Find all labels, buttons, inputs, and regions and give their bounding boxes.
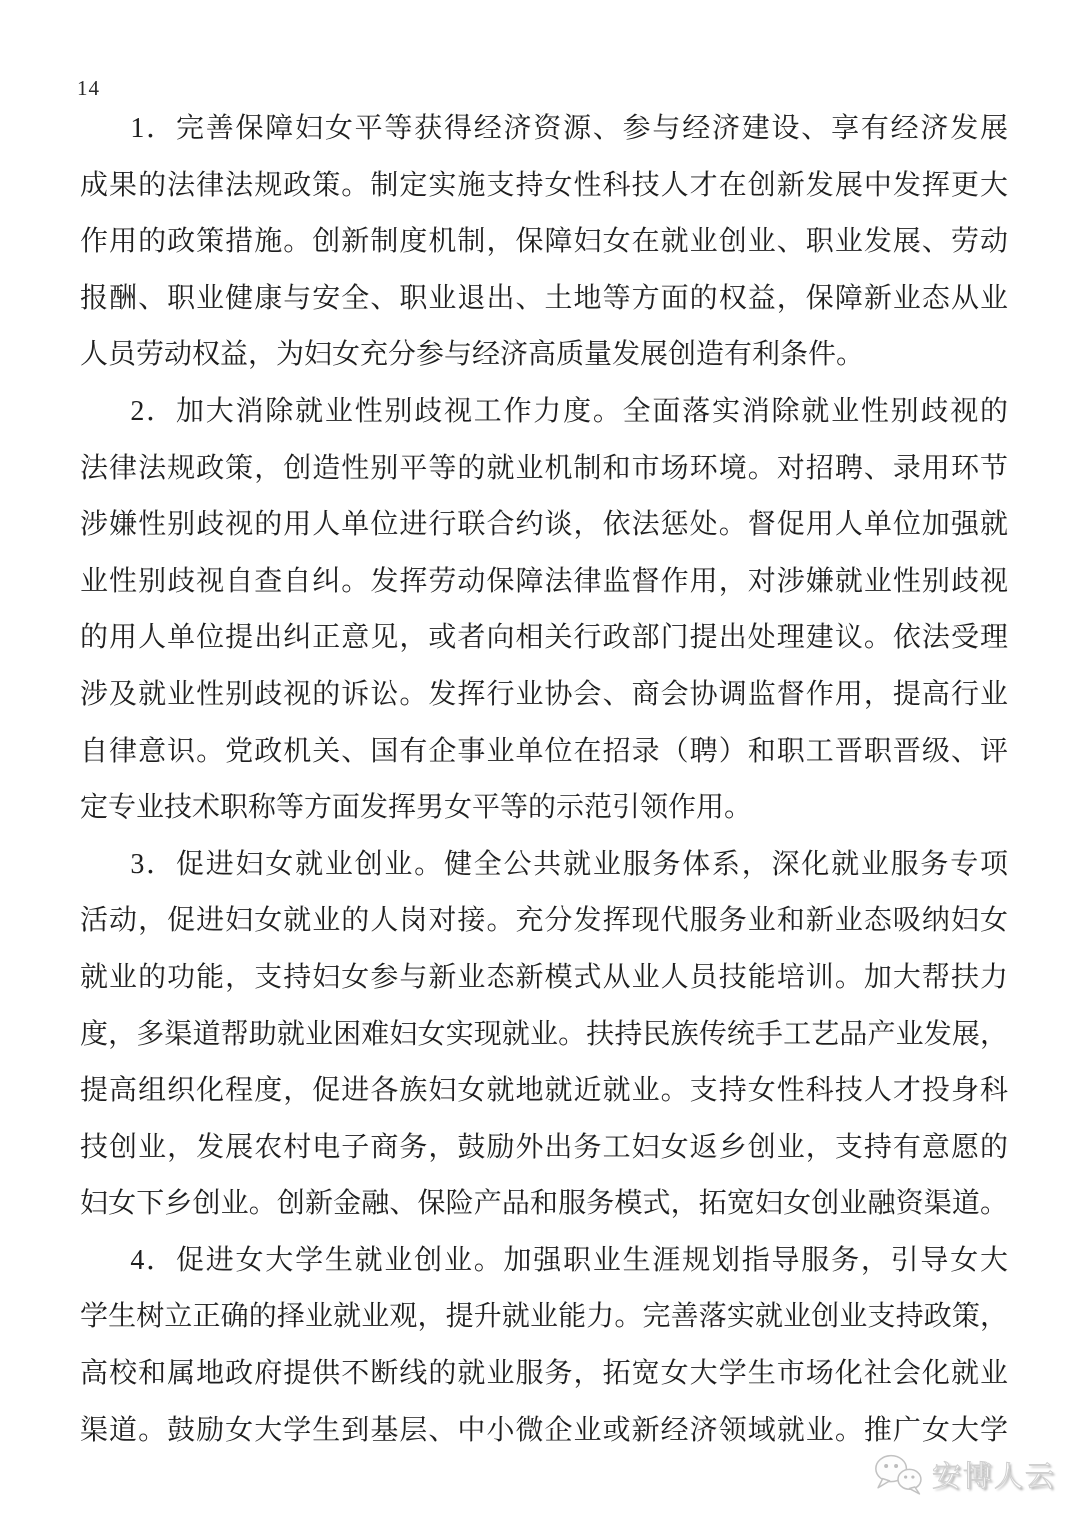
watermark: 安博人云 xyxy=(872,1452,1056,1496)
text-line: 自律意识。党政机关、国有企事业单位在招录（聘）和职工晋职晋级、评 xyxy=(80,724,1008,781)
paragraph-1: 1．完善保障妇女平等获得经济资源、参与经济建设、享有经济发展 成果的法律法规政策… xyxy=(80,101,1008,384)
text-line: 妇女下乡创业。创新金融、保险产品和服务模式，拓宽妇女创业融资渠道。 xyxy=(80,1176,1008,1233)
page-number: 14 xyxy=(77,76,100,101)
paragraph-2: 2．加大消除就业性别歧视工作力度。全面落实消除就业性别歧视的 法律法规政策，创造… xyxy=(80,384,1008,837)
watermark-label: 安博人云 xyxy=(932,1454,1056,1495)
text-line: 人员劳动权益，为妇女充分参与经济高质量发展创造有利条件。 xyxy=(80,327,1008,384)
paragraph-3: 3．促进妇女就业创业。健全公共就业服务体系，深化就业服务专项 活动，促进妇女就业… xyxy=(80,837,1008,1233)
document-body: 1．完善保障妇女平等获得经济资源、参与经济建设、享有经济发展 成果的法律法规政策… xyxy=(80,101,1008,1459)
text-line: 就业的功能，支持妇女参与新业态新模式从业人员技能培训。加大帮扶力 xyxy=(80,950,1008,1007)
text-line: 涉嫌性别歧视的用人单位进行联合约谈，依法惩处。督促用人单位加强就 xyxy=(80,497,1008,554)
text-line: 2．加大消除就业性别歧视工作力度。全面落实消除就业性别歧视的 xyxy=(80,384,1008,441)
text-line: 的用人单位提出纠正意见，或者向相关行政部门提出处理建议。依法受理 xyxy=(80,610,1008,667)
text-line: 渠道。鼓励女大学生到基层、中小微企业或新经济领域就业。推广女大学 xyxy=(80,1403,1008,1460)
text-line: 提高组织化程度，促进各族妇女就地就近就业。支持女性科技人才投身科 xyxy=(80,1063,1008,1120)
text-line: 技创业，发展农村电子商务，鼓励外出务工妇女返乡创业，支持有意愿的 xyxy=(80,1120,1008,1177)
paragraph-4: 4．促进女大学生就业创业。加强职业生涯规划指导服务，引导女大 学生树立正确的择业… xyxy=(80,1233,1008,1459)
text-line: 涉及就业性别歧视的诉讼。发挥行业协会、商会协调监督作用，提高行业 xyxy=(80,667,1008,724)
text-line: 作用的政策措施。创新制度机制，保障妇女在就业创业、职业发展、劳动 xyxy=(80,214,1008,271)
text-line: 活动，促进妇女就业的人岗对接。充分发挥现代服务业和新业态吸纳妇女 xyxy=(80,893,1008,950)
wechat-icon xyxy=(872,1452,924,1496)
text-line: 法律法规政策，创造性别平等的就业机制和市场环境。对招聘、录用环节 xyxy=(80,441,1008,498)
text-line: 4．促进女大学生就业创业。加强职业生涯规划指导服务，引导女大 xyxy=(80,1233,1008,1290)
text-line: 度，多渠道帮助就业困难妇女实现就业。扶持民族传统手工艺品产业发展， xyxy=(80,1007,1008,1064)
text-line: 3．促进妇女就业创业。健全公共就业服务体系，深化就业服务专项 xyxy=(80,837,1008,894)
text-line: 学生树立正确的择业就业观，提升就业能力。完善落实就业创业支持政策， xyxy=(80,1289,1008,1346)
text-line: 报酬、职业健康与安全、职业退出、土地等方面的权益，保障新业态从业 xyxy=(80,271,1008,328)
text-line: 定专业技术职称等方面发挥男女平等的示范引领作用。 xyxy=(80,780,1008,837)
text-line: 1．完善保障妇女平等获得经济资源、参与经济建设、享有经济发展 xyxy=(80,101,1008,158)
text-line: 高校和属地政府提供不断线的就业服务，拓宽女大学生市场化社会化就业 xyxy=(80,1346,1008,1403)
document-page: 14 1．完善保障妇女平等获得经济资源、参与经济建设、享有经济发展 成果的法律法… xyxy=(0,0,1080,1527)
text-line: 业性别歧视自查自纠。发挥劳动保障法律监督作用，对涉嫌就业性别歧视 xyxy=(80,554,1008,611)
text-line: 成果的法律法规政策。制定实施支持女性科技人才在创新发展中发挥更大 xyxy=(80,158,1008,215)
